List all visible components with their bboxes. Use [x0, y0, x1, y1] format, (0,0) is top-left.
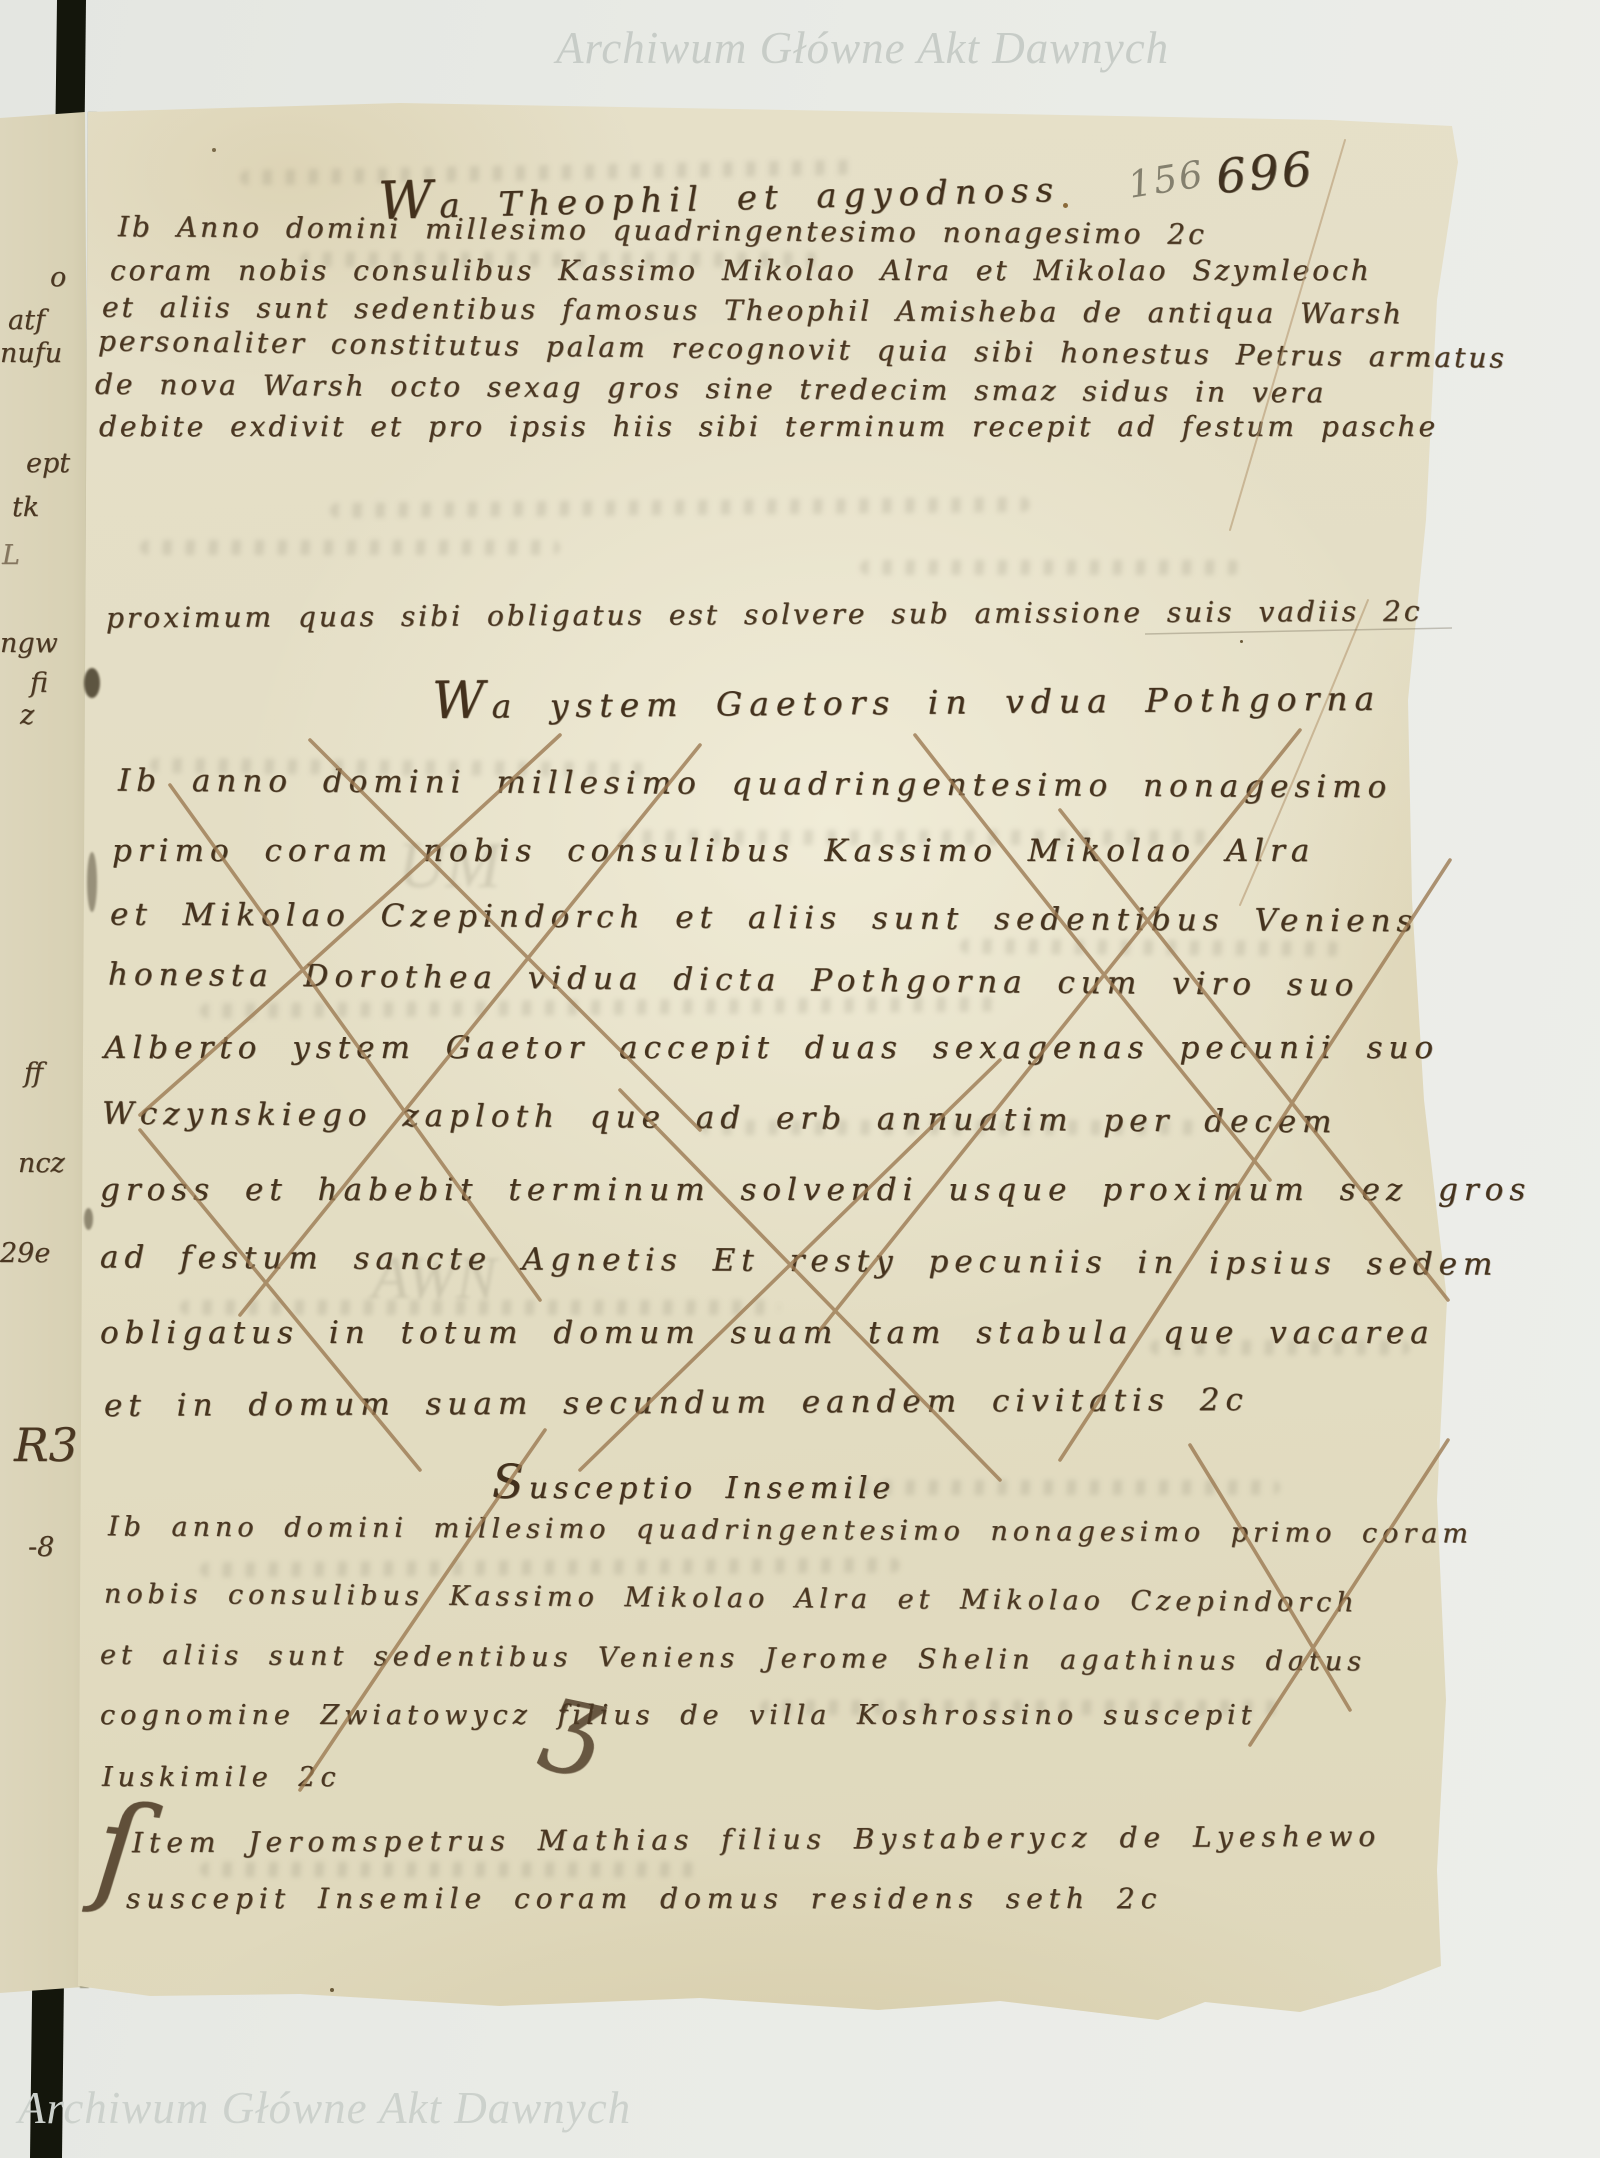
folio-number-ink: 696 [1214, 142, 1317, 205]
marginal-fragment: fi [30, 668, 48, 699]
entry-heading: Wa ystem Gaetors in vdua Pothgorna [432, 664, 1382, 731]
marginal-fragment: atf [8, 305, 45, 336]
showthrough-smudge [140, 540, 560, 555]
manuscript-line: obligatus in totum domum suam tam stabul… [100, 1315, 1435, 1351]
manuscript-line: et aliis sunt sedentibus famosus Theophi… [102, 291, 1404, 331]
ink-blot [87, 852, 97, 912]
marginal-fragment: ff [24, 1058, 43, 1089]
marginal-fragment: ncz [18, 1148, 65, 1179]
manuscript-line: et Mikolao Czepindorch et aliis sunt sed… [110, 897, 1419, 940]
marginal-fragment: o [50, 262, 66, 293]
manuscript-line: Ib anno domini millesimo quadringentesim… [118, 763, 1392, 806]
paper-fleck [212, 148, 216, 152]
showthrough-smudge [860, 1480, 1280, 1495]
marginal-fragment: ept [26, 448, 70, 479]
manuscript-scan: UM AWN Archiwum Główne Akt Dawnych Archi… [0, 0, 1600, 2158]
paper-fleck [330, 1988, 334, 1992]
marginal-fragment: nufu [0, 338, 62, 369]
marginal-fragment: tk [12, 492, 39, 523]
ink-blot [84, 1208, 93, 1230]
showthrough-smudge [960, 939, 1340, 957]
marginal-fragment: R3 [14, 1418, 78, 1472]
manuscript-line: debite exdivit et pro ipsis hiis sibi te… [99, 410, 1438, 443]
manuscript-line: Item Jeromspetrus Mathias filius Bystabe… [132, 1820, 1381, 1860]
manuscript-line: cognomine Zwiatowycz filius de villa Kos… [100, 1700, 1257, 1731]
paper-fleck [1240, 640, 1243, 643]
manuscript-line: et aliis sunt sedentibus Veniens Jerome … [100, 1640, 1366, 1678]
marginal-fragment: ngw [0, 628, 58, 659]
paper-fleck [1063, 203, 1068, 208]
manuscript-line: ad festum sancte Agnetis Et resty pecuni… [100, 1239, 1499, 1282]
marginal-fragment: z [20, 700, 34, 731]
manuscript-line: suscepit Insemile coram domus residens s… [126, 1882, 1162, 1915]
manuscript-line: coram nobis consulibus Kassimo Mikolao A… [110, 254, 1372, 287]
manuscript-line: Alberto ystem Gaetor accepit duas sexage… [104, 1030, 1439, 1066]
showthrough-smudge [200, 1862, 700, 1877]
manuscript-line: gross et habebit terminum solvendi usque… [100, 1172, 1531, 1208]
manuscript-line: primo coram nobis consulibus Kassimo Mik… [112, 833, 1315, 869]
marginal-fragment: L [2, 540, 20, 571]
manuscript-line: et in domum suam secundum eandem civitat… [104, 1382, 1249, 1424]
ink-blot [84, 668, 100, 698]
marginal-fragment: -8 [28, 1532, 54, 1563]
entry-heading: Susceptio Insemile [492, 1455, 895, 1509]
showthrough-smudge [860, 560, 1240, 575]
archive-watermark-top: Archiwum Główne Akt Dawnych [556, 22, 1169, 74]
manuscript-line: proximum quas sibi obligatus est solvere… [106, 595, 1423, 635]
archive-watermark-bottom: Archiwum Główne Akt Dawnych [18, 2082, 631, 2134]
marginal-fragment: 29e [0, 1238, 50, 1269]
